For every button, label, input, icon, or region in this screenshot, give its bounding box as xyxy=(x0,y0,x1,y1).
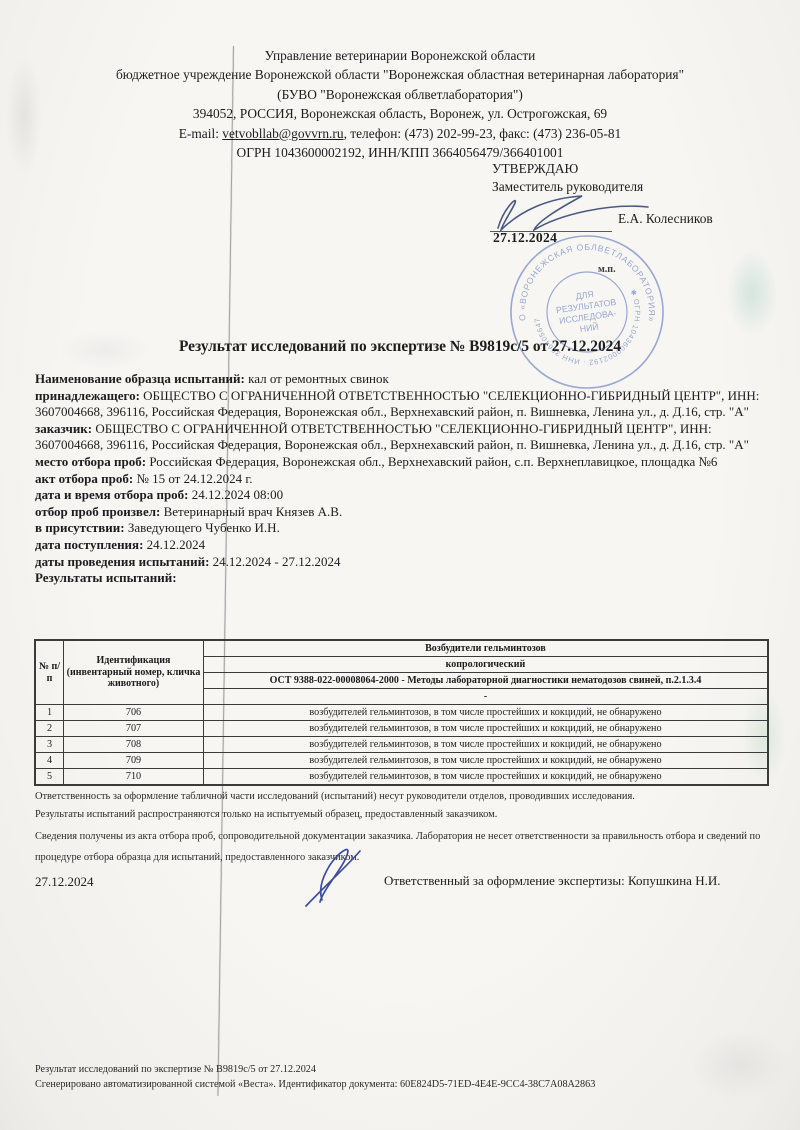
detail-label: в присутствии: xyxy=(35,520,125,535)
org-contact-line: E-mail: vetvobllab@govvrn.ru, телефон: (… xyxy=(35,124,765,143)
row-result: возбудителей гельминтозов, в том числе п… xyxy=(204,721,768,737)
row-number: 5 xyxy=(36,769,64,785)
detail-value: 24.12.2024 - 27.12.2024 xyxy=(209,554,340,569)
detail-line: Результаты испытаний: xyxy=(35,570,768,587)
row-number: 3 xyxy=(36,737,64,753)
table-row: 1 706 возбудителей гельминтозов, в том ч… xyxy=(36,705,768,721)
approve-label: УТВЕРЖДАЮ xyxy=(492,160,782,178)
method-ref-header: ОСТ 9388-022-00008064-2000 - Методы лабо… xyxy=(204,673,768,689)
row-result: возбудителей гельминтозов, в том числе п… xyxy=(204,705,768,721)
detail-value: кал от ремонтных свинок xyxy=(245,371,389,386)
detail-value: 24.12.2024 08:00 xyxy=(189,487,284,502)
group-header: Возбудители гельминтозов xyxy=(204,641,768,657)
dash-header: - xyxy=(204,689,768,705)
detail-value: ОБЩЕСТВО С ОГРАНИЧЕННОЙ ОТВЕТСТВЕННОСТЬЮ… xyxy=(35,421,749,453)
row-result: возбудителей гельминтозов, в том числе п… xyxy=(204,769,768,785)
org-header-line: 394052, РОССИЯ, Воронежская область, Вор… xyxy=(35,104,765,123)
detail-label: Результаты испытаний: xyxy=(35,570,177,585)
method-kind-header: копрологический xyxy=(204,657,768,673)
detail-value: 24.12.2024 xyxy=(143,537,205,552)
org-header-line: бюджетное учреждение Воронежской области… xyxy=(35,65,765,84)
column-header-id: Идентификация (инвентарный номер, кличка… xyxy=(64,641,204,705)
detail-label: принадлежащего: xyxy=(35,388,140,403)
detail-label: Наименование образца испытаний: xyxy=(35,371,245,386)
disclaimer-note: Результаты испытаний распространяются то… xyxy=(35,808,768,823)
row-animal-id: 709 xyxy=(64,753,204,769)
footer-system-line: Сгенерировано автоматизированной системо… xyxy=(35,1077,775,1092)
detail-line: дата поступления: 24.12.2024 xyxy=(35,537,768,554)
detail-value: Ветеринарный врач Князев А.В. xyxy=(160,504,342,519)
detail-label: акт отбора проб: xyxy=(35,471,133,486)
results-table: № п/п Идентификация (инвентарный номер, … xyxy=(35,640,768,785)
table-row: 3 708 возбудителей гельминтозов, в том ч… xyxy=(36,737,768,753)
detail-label: заказчик: xyxy=(35,421,92,436)
detail-line: заказчик: ОБЩЕСТВО С ОГРАНИЧЕННОЙ ОТВЕТС… xyxy=(35,421,768,454)
table-row: 2 707 возбудителей гельминтозов, в том ч… xyxy=(36,721,768,737)
row-result: возбудителей гельминтозов, в том числе п… xyxy=(204,737,768,753)
row-number: 2 xyxy=(36,721,64,737)
detail-label: даты проведения испытаний: xyxy=(35,554,209,569)
row-number: 4 xyxy=(36,753,64,769)
detail-label: отбор проб произвел: xyxy=(35,504,160,519)
disclaimer-notes: Ответственность за оформление табличной … xyxy=(35,790,768,872)
detail-line: даты проведения испытаний: 24.12.2024 - … xyxy=(35,554,768,571)
row-animal-id: 707 xyxy=(64,721,204,737)
row-result: возбудителей гельминтозов, в том числе п… xyxy=(204,753,768,769)
approver-name: Е.А. Колесников xyxy=(618,211,713,227)
org-header-line: Управление ветеринарии Воронежской облас… xyxy=(35,46,765,65)
detail-line: Наименование образца испытаний: кал от р… xyxy=(35,371,768,388)
document-footer: Результат исследований по экспертизе № В… xyxy=(35,1062,775,1092)
detail-line: акт отбора проб: № 15 от 24.12.2024 г. xyxy=(35,471,768,488)
detail-line: место отбора проб: Российская Федерация,… xyxy=(35,454,768,471)
email-link[interactable]: vetvobllab@govvrn.ru xyxy=(222,126,343,141)
table-row: 4 709 возбудителей гельминтозов, в том ч… xyxy=(36,753,768,769)
org-header: Управление ветеринарии Воронежской облас… xyxy=(35,46,765,162)
scanned-document-page: Управление ветеринарии Воронежской облас… xyxy=(0,0,800,1130)
column-header-num: № п/п xyxy=(36,641,64,705)
detail-value: Заведующего Чубенко И.Н. xyxy=(125,520,280,535)
row-animal-id: 710 xyxy=(64,769,204,785)
org-header-line: (БУВО "Воронежская облветлаборатория") xyxy=(35,85,765,104)
row-animal-id: 708 xyxy=(64,737,204,753)
stamp-place-label: м.п. xyxy=(598,264,616,275)
footer-expertise-line: Результат исследований по экспертизе № В… xyxy=(35,1062,775,1077)
detail-value: № 15 от 24.12.2024 г. xyxy=(133,471,252,486)
responsible-person: Ответственный за оформление экспертизы: … xyxy=(384,873,720,889)
detail-line: отбор проб произвел: Ветеринарный врач К… xyxy=(35,504,768,521)
signoff-date: 27.12.2024 xyxy=(35,874,94,890)
detail-line: принадлежащего: ОБЩЕСТВО С ОГРАНИЧЕННОЙ … xyxy=(35,388,768,421)
document-title: Результат исследований по экспертизе № В… xyxy=(35,338,765,356)
row-animal-id: 706 xyxy=(64,705,204,721)
detail-value: ОБЩЕСТВО С ОГРАНИЧЕННОЙ ОТВЕТСТВЕННОСТЬЮ… xyxy=(35,388,759,420)
detail-label: дата поступления: xyxy=(35,537,143,552)
detail-line: дата и время отбора проб: 24.12.2024 08:… xyxy=(35,487,768,504)
detail-label: дата и время отбора проб: xyxy=(35,487,189,502)
disclaimer-note: Сведения получены из акта отбора проб, с… xyxy=(35,826,768,868)
disclaimer-note: Ответственность за оформление табличной … xyxy=(35,790,768,805)
phone-fax-text: , телефон: (473) 202-99-23, факс: (473) … xyxy=(344,126,622,141)
detail-line: в присутствии: Заведующего Чубенко И.Н. xyxy=(35,520,768,537)
sample-details: Наименование образца испытаний: кал от р… xyxy=(35,371,768,587)
scan-smudge xyxy=(726,250,778,336)
email-label: E-mail: xyxy=(179,126,223,141)
table-row: 5 710 возбудителей гельминтозов, в том ч… xyxy=(36,769,768,785)
detail-value: Российская Федерация, Воронежская обл., … xyxy=(146,454,717,469)
row-number: 1 xyxy=(36,705,64,721)
responsible-signature xyxy=(292,846,370,908)
detail-label: место отбора проб: xyxy=(35,454,146,469)
